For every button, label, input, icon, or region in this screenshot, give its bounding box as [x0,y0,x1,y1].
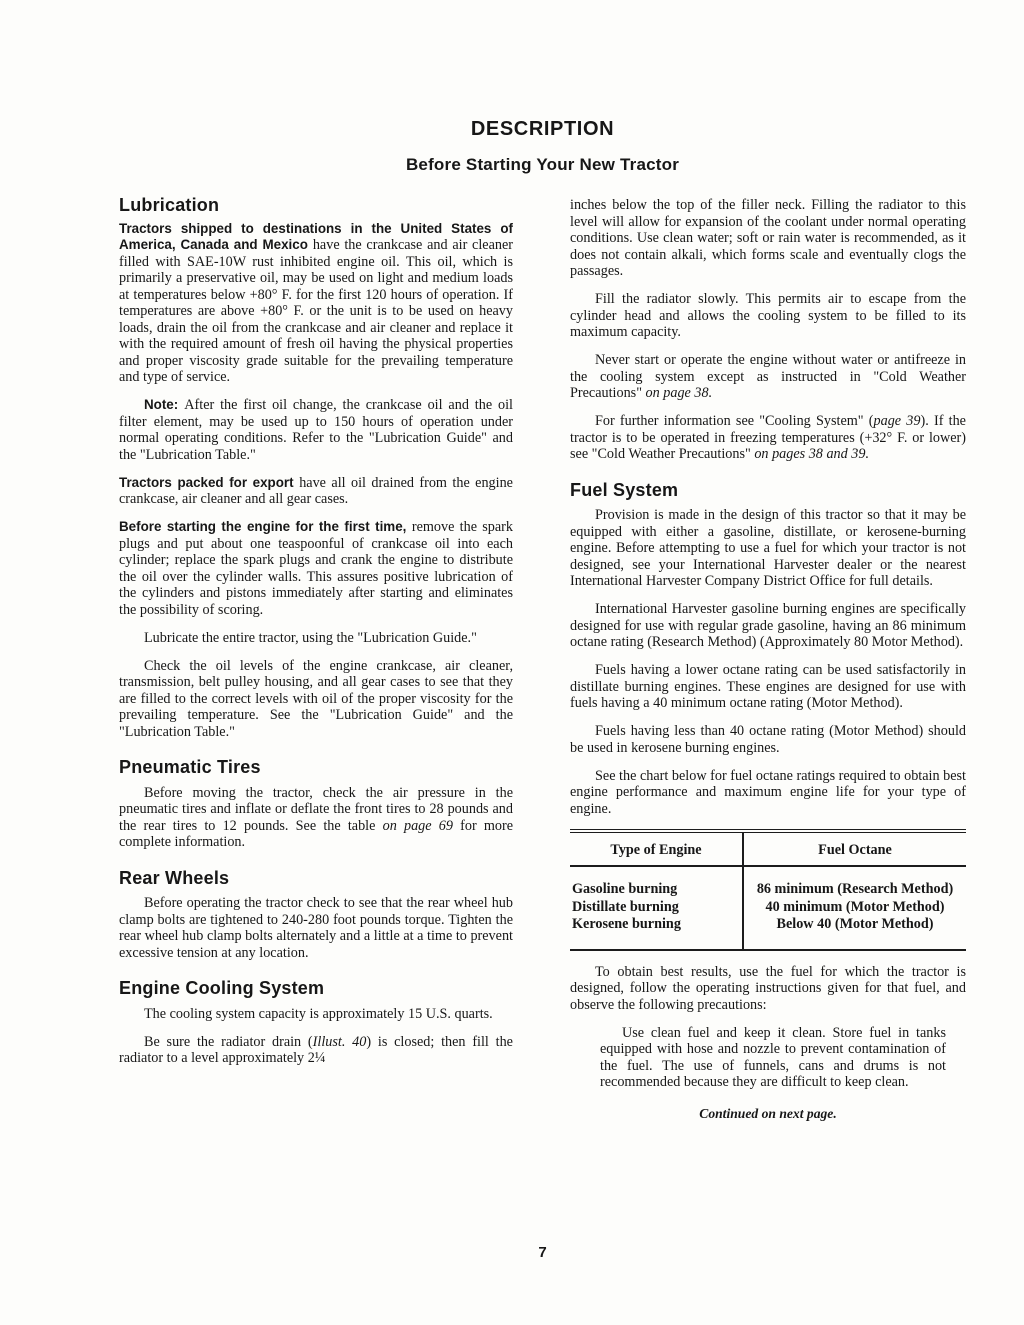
paragraph-less-than-40: Fuels having less than 40 octane rating … [570,723,966,756]
table-row: Gasoline burning [572,881,740,899]
table-body-row: Gasoline burning Distillate burning Kero… [570,866,966,950]
table-cell-octane-ratings: 86 minimum (Research Method) 40 minimum … [743,866,966,950]
paragraph-radiator-drain: Be sure the radiator drain (Illust. 40) … [119,1034,513,1067]
table-row: 86 minimum (Research Method) [746,881,964,899]
paragraph-note: Note: After the first oil change, the cr… [119,397,513,463]
section-heading-rear-wheels: Rear Wheels [119,870,513,887]
table-header-type-of-engine: Type of Engine [570,831,743,867]
paragraph-lower-octane: Fuels having a lower octane rating can b… [570,662,966,712]
paragraph-packed-for-export: Tractors packed for export have all oil … [119,475,513,508]
paragraph-check-oil-levels: Check the oil levels of the engine crank… [119,658,513,741]
paragraph-before-starting: Before starting the engine for the first… [119,519,513,618]
paragraph-ih-gasoline-engines: International Harvester gasoline burning… [570,601,966,651]
fuel-octane-table: Type of Engine Fuel Octane Gasoline burn… [570,829,966,951]
left-column: Lubrication Tractors shipped to destinat… [119,197,513,1067]
table-row: Distillate burning [572,899,740,917]
section-heading-lubrication: Lubrication [119,197,513,214]
paragraph-clean-fuel: Use clean fuel and keep it clean. Store … [600,1025,946,1091]
section-heading-pneumatic-tires: Pneumatic Tires [119,759,513,776]
paragraph-never-start: Never start or operate the engine withou… [570,352,966,402]
paragraph-provision: Provision is made in the design of this … [570,507,966,590]
paragraph-hub-clamp-bolts: Before operating the tractor check to se… [119,895,513,961]
section-heading-fuel-system: Fuel System [570,482,966,499]
paragraph-cooling-capacity: The cooling system capacity is approxima… [119,1006,513,1023]
document-header: DESCRIPTION Before Starting Your New Tra… [119,118,966,175]
table-header-row: Type of Engine Fuel Octane [570,831,966,867]
paragraph-fill-slowly: Fill the radiator slowly. This permits a… [570,291,966,341]
paragraph-tractors-shipped: Tractors shipped to destinations in the … [119,221,513,386]
continued-note: Continued on next page. [570,1106,966,1123]
paragraph-tire-pressure: Before moving the tractor, check the air… [119,785,513,851]
paragraph-further-information: For further information see "Cooling Sys… [570,413,966,463]
manual-page: DESCRIPTION Before Starting Your New Tra… [0,0,1024,1325]
section-heading-engine-cooling: Engine Cooling System [119,980,513,997]
page-title: DESCRIPTION [119,118,966,141]
paragraph-see-chart: See the chart below for fuel octane rati… [570,768,966,818]
table-header-fuel-octane: Fuel Octane [743,831,966,867]
table-row: Below 40 (Motor Method) [746,916,964,934]
paragraph-lubricate-tractor: Lubricate the entire tractor, using the … [119,630,513,647]
table-cell-engine-types: Gasoline burning Distillate burning Kero… [570,866,743,950]
table-row: Kerosene burning [572,916,740,934]
paragraph-best-results: To obtain best results, use the fuel for… [570,964,966,1014]
table-row: 40 minimum (Motor Method) [746,899,964,917]
page-subtitle: Before Starting Your New Tractor [119,155,966,175]
paragraph-filler-neck: inches below the top of the filler neck.… [570,197,966,280]
page-number: 7 [119,1244,966,1261]
right-column: inches below the top of the filler neck.… [570,197,966,1122]
